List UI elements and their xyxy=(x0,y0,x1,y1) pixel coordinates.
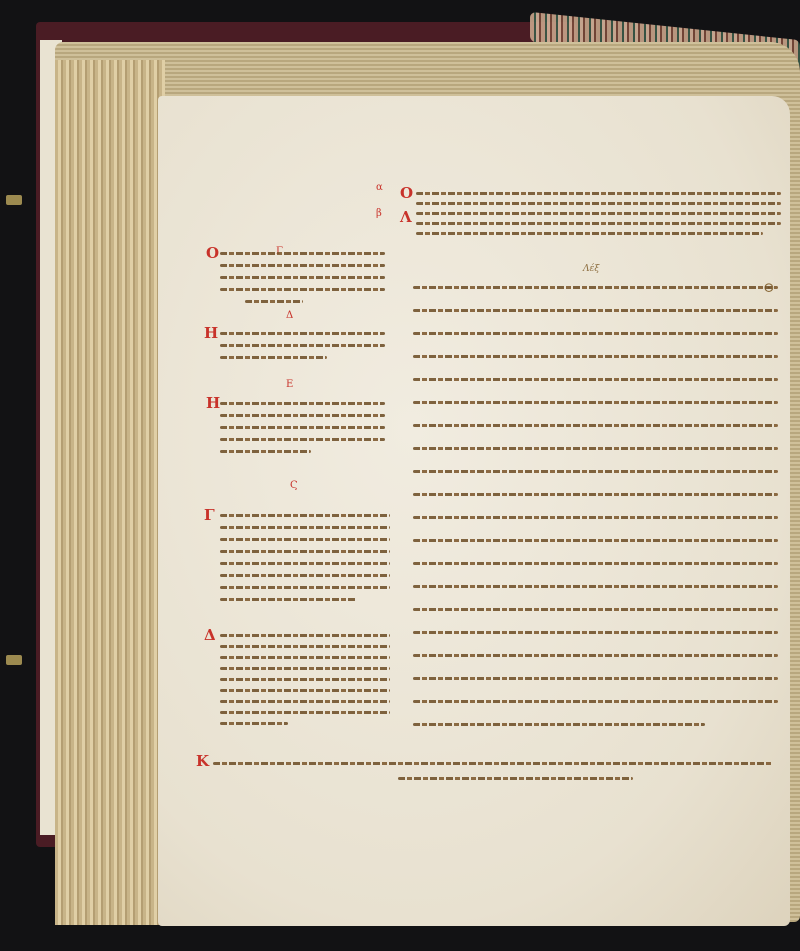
section-initial-1: O xyxy=(206,244,219,262)
marginal-mark-a: α xyxy=(376,182,383,193)
bottom-initial: Κ xyxy=(196,752,209,770)
section-initial-3: Η xyxy=(206,394,220,412)
clasp-top xyxy=(6,195,22,205)
page-edges-left xyxy=(55,60,165,925)
section-initial-2: Η xyxy=(204,324,218,342)
section-mark-2: Δ xyxy=(286,310,293,321)
commentary-section-2 xyxy=(220,332,385,368)
main-text-column xyxy=(413,286,778,746)
marginal-mark-b: β xyxy=(376,208,382,219)
manuscript-page: α β O Λ Λέξ ⊙ Γ O Δ Η Ε Η Ϛ Γ Δ Κ xyxy=(158,96,790,926)
commentary-section-1 xyxy=(220,252,385,312)
section-mark-4: Ϛ xyxy=(290,480,298,491)
commentary-section-4 xyxy=(220,514,390,610)
top-text-block xyxy=(416,192,781,242)
bottom-text-block xyxy=(213,762,773,792)
commentary-section-5 xyxy=(220,634,390,733)
section-mark-3: Ε xyxy=(286,379,293,390)
section-initial-4: Γ xyxy=(204,506,215,524)
top-initial: O xyxy=(400,184,413,202)
column-header-note: Λέξ xyxy=(583,264,599,274)
top-initial-2: Λ xyxy=(400,208,412,226)
clasp-bottom xyxy=(6,655,22,665)
commentary-section-3 xyxy=(220,402,385,462)
section-initial-5: Δ xyxy=(204,626,216,644)
